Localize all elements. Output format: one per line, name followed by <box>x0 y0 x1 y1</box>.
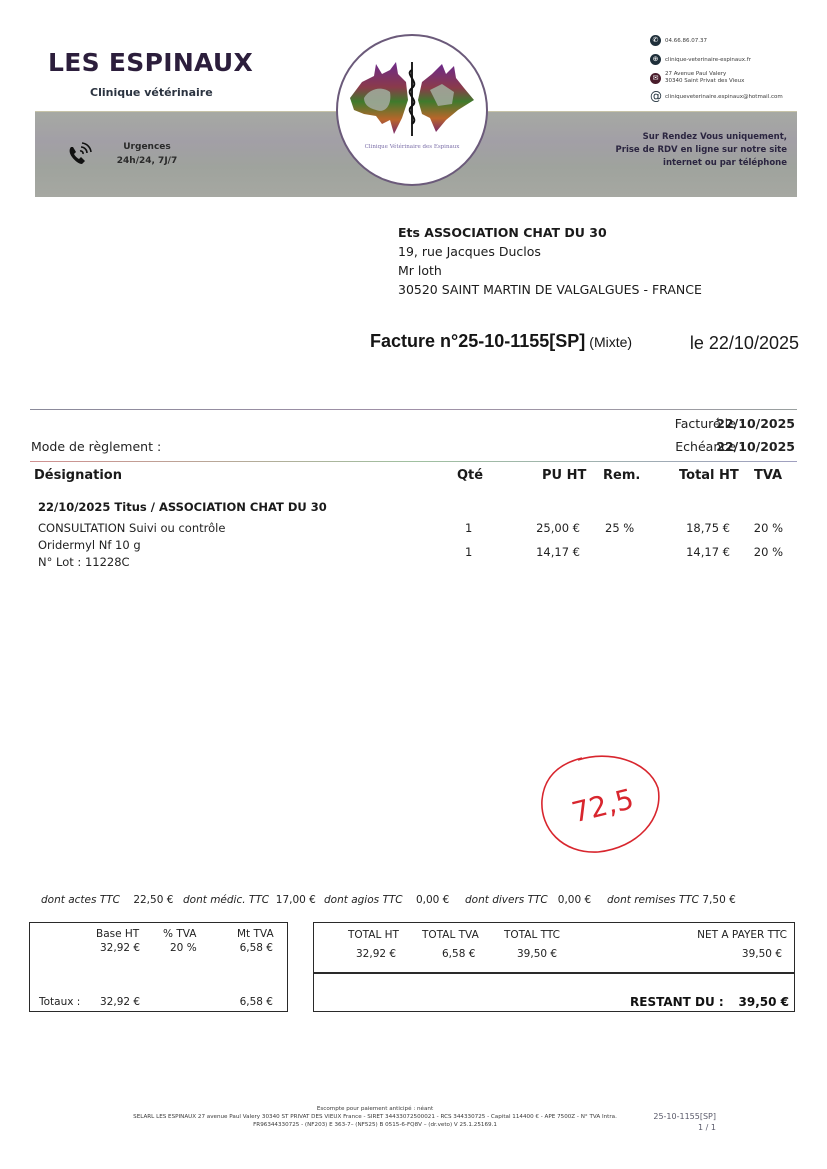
appointment-line-2: Prise de RDV en ligne sur notre site <box>616 144 787 157</box>
net-to-pay-value: 39,50 € <box>742 948 782 960</box>
vat-base-value: 32,92 € <box>100 942 140 954</box>
contact-email-link[interactable]: cliniqueveterinaire.espinaux@hotmail.com <box>665 94 783 100</box>
phone-ringing-icon <box>66 141 94 167</box>
recipient-address: Ets ASSOCIATION CHAT DU 30 19, rue Jacqu… <box>398 223 702 299</box>
animals-caduceus-logo-icon <box>346 60 478 140</box>
total-ttc-label: TOTAL TTC <box>504 929 560 941</box>
total-tva-label: TOTAL TVA <box>422 929 479 941</box>
row-qty: 1 <box>465 521 472 535</box>
summary-value: 7,50 € <box>702 894 735 906</box>
vat-amount-value: 6,58 € <box>240 942 273 954</box>
total-ht-label: TOTAL HT <box>348 929 399 941</box>
row-vat: 20 % <box>754 545 783 559</box>
recipient-street: 19, rue Jacques Duclos <box>398 242 702 261</box>
appointment-info: Sur Rendez Vous uniquement, Prise de RDV… <box>616 131 787 170</box>
invoice-reference: 25-10-1155[SP] <box>630 1111 716 1122</box>
phone-icon: ✆ <box>650 35 661 46</box>
summary-value: 22,50 € <box>133 894 173 906</box>
recipient-contact: Mr loth <box>398 261 702 280</box>
row-designation: CONSULTATION Suivi ou contrôle <box>38 521 225 535</box>
summary-divers: dont divers TTC 0,00 € <box>465 894 591 906</box>
invoice-date: le 22/10/2025 <box>690 333 799 354</box>
summary-label: dont remises TTC <box>607 894 699 906</box>
clinic-subtitle: Clinique vétérinaire <box>90 86 213 99</box>
recipient-name: Ets ASSOCIATION CHAT DU 30 <box>398 223 702 242</box>
logo-caption: Clinique Vétérinaire des Espinaux <box>346 144 478 150</box>
row-unit-price: 25,00 € <box>536 521 580 535</box>
globe-icon: ⊕ <box>650 54 661 65</box>
payment-mode-label: Mode de règlement : <box>31 439 161 454</box>
total-ht-value: 32,92 € <box>356 948 396 960</box>
divider <box>314 972 794 974</box>
due-date: 22/10/2025 <box>716 439 795 454</box>
emergency-hours: 24h/24, 7J/7 <box>112 154 182 168</box>
page-number: 1 / 1 <box>630 1122 716 1133</box>
contact-phone-text: 04.66.86.07.37 <box>665 38 707 44</box>
summary-value: 0,00 € <box>558 894 591 906</box>
vat-rate-value: 20 % <box>170 942 197 954</box>
divider <box>30 461 797 462</box>
totals-label: Totaux : <box>39 996 80 1008</box>
handwritten-amount: 72,5 <box>568 782 636 829</box>
vat-rate-header: % TVA <box>163 928 196 940</box>
row-detail: N° Lot : 11228C <box>38 555 130 569</box>
total-tva-value: 6,58 € <box>442 948 475 960</box>
col-discount: Rem. <box>603 468 640 483</box>
contact-website[interactable]: ⊕ clinique-veterinaire-espinaux.fr <box>650 54 751 65</box>
row-total: 18,75 € <box>686 521 730 535</box>
appointment-line-3: internet ou par téléphone <box>616 157 787 170</box>
col-vat: TVA <box>754 468 782 483</box>
contact-address: ✉ 27 Avenue Paul Valery 30340 Saint Priv… <box>650 71 744 85</box>
col-qty: Qté <box>457 468 483 483</box>
summary-medic: dont médic. TTC 17,00 € <box>183 894 316 906</box>
invoice-number: Facture n°25-10-1155[SP] <box>370 331 585 351</box>
emergency-info: Urgences 24h/24, 7J/7 <box>112 140 182 168</box>
col-total: Total HT <box>679 468 739 483</box>
contact-email[interactable]: @ cliniqueveterinaire.espinaux@hotmail.c… <box>650 91 783 102</box>
appointment-line-1: Sur Rendez Vous uniquement, <box>616 131 787 144</box>
recipient-city: 30520 SAINT MARTIN DE VALGALGUES - FRANC… <box>398 280 702 299</box>
summary-acts: dont actes TTC 22,50 € <box>41 894 173 906</box>
mail-icon: ✉ <box>650 73 661 84</box>
total-ttc-value: 39,50 € <box>517 948 557 960</box>
billed-date: 22/10/2025 <box>716 416 795 431</box>
row-designation: Oridermyl Nf 10 g <box>38 538 141 552</box>
contact-phone: ✆ 04.66.86.07.37 <box>650 35 707 46</box>
footer-company-info: SELARL LES ESPINAUX 27 avenue Paul Valer… <box>60 1113 690 1121</box>
summary-remises: dont remises TTC 7,50 € <box>607 894 736 906</box>
vat-breakdown-box: Base HT % TVA Mt TVA 32,92 € 20 % 6,58 €… <box>29 922 288 1012</box>
line-group-title: 22/10/2025 Titus / ASSOCIATION CHAT DU 3… <box>38 500 327 514</box>
address-line-1: 27 Avenue Paul Valery <box>665 71 726 77</box>
legal-footer: Escompte pour paiement anticipé : néant … <box>60 1105 690 1129</box>
col-designation: Désignation <box>34 468 122 483</box>
contact-website-link[interactable]: clinique-veterinaire-espinaux.fr <box>665 57 751 63</box>
summary-label: dont divers TTC <box>465 894 548 906</box>
totals-vat: 6,58 € <box>240 996 273 1008</box>
vat-base-header: Base HT <box>96 928 139 940</box>
footer-certification: FR96344330725 - (NF203) E 363-7– (NF525)… <box>60 1121 690 1129</box>
contact-address-text: 27 Avenue Paul Valery 30340 Saint Privat… <box>665 71 744 85</box>
summary-label: dont médic. TTC <box>183 894 269 906</box>
row-total: 14,17 € <box>686 545 730 559</box>
row-vat: 20 % <box>754 521 783 535</box>
remaining-due-value: 39,50 € <box>739 995 789 1009</box>
emergency-label: Urgences <box>112 140 182 154</box>
page-reference: 25-10-1155[SP] 1 / 1 <box>630 1111 716 1133</box>
row-qty: 1 <box>465 545 472 559</box>
invoice-type: (Mixte) <box>589 334 632 350</box>
summary-agios: dont agios TTC 0,00 € <box>324 894 449 906</box>
totals-box: TOTAL HT TOTAL TVA TOTAL TTC NET A PAYER… <box>313 922 795 1012</box>
row-unit-price: 14,17 € <box>536 545 580 559</box>
net-to-pay-label: NET A PAYER TTC <box>697 929 787 941</box>
at-icon: @ <box>650 91 661 102</box>
summary-label: dont actes TTC <box>41 894 120 906</box>
invoice-title: Facture n°25-10-1155[SP](Mixte) <box>370 331 632 352</box>
summary-value: 17,00 € <box>276 894 316 906</box>
row-discount: 25 % <box>605 521 634 535</box>
summary-label: dont agios TTC <box>324 894 403 906</box>
vat-amount-header: Mt TVA <box>237 928 274 940</box>
handwritten-annotation: 72,5 <box>538 748 662 854</box>
totals-base: 32,92 € <box>100 996 140 1008</box>
footer-discount-note: Escompte pour paiement anticipé : néant <box>60 1105 690 1113</box>
summary-value: 0,00 € <box>416 894 449 906</box>
col-unit-price: PU HT <box>542 468 586 483</box>
clinic-name: LES ESPINAUX <box>48 48 253 77</box>
divider <box>30 409 797 410</box>
remaining-due-label: RESTANT DU : <box>630 995 724 1009</box>
address-line-2: 30340 Saint Privat des Vieux <box>665 78 744 84</box>
